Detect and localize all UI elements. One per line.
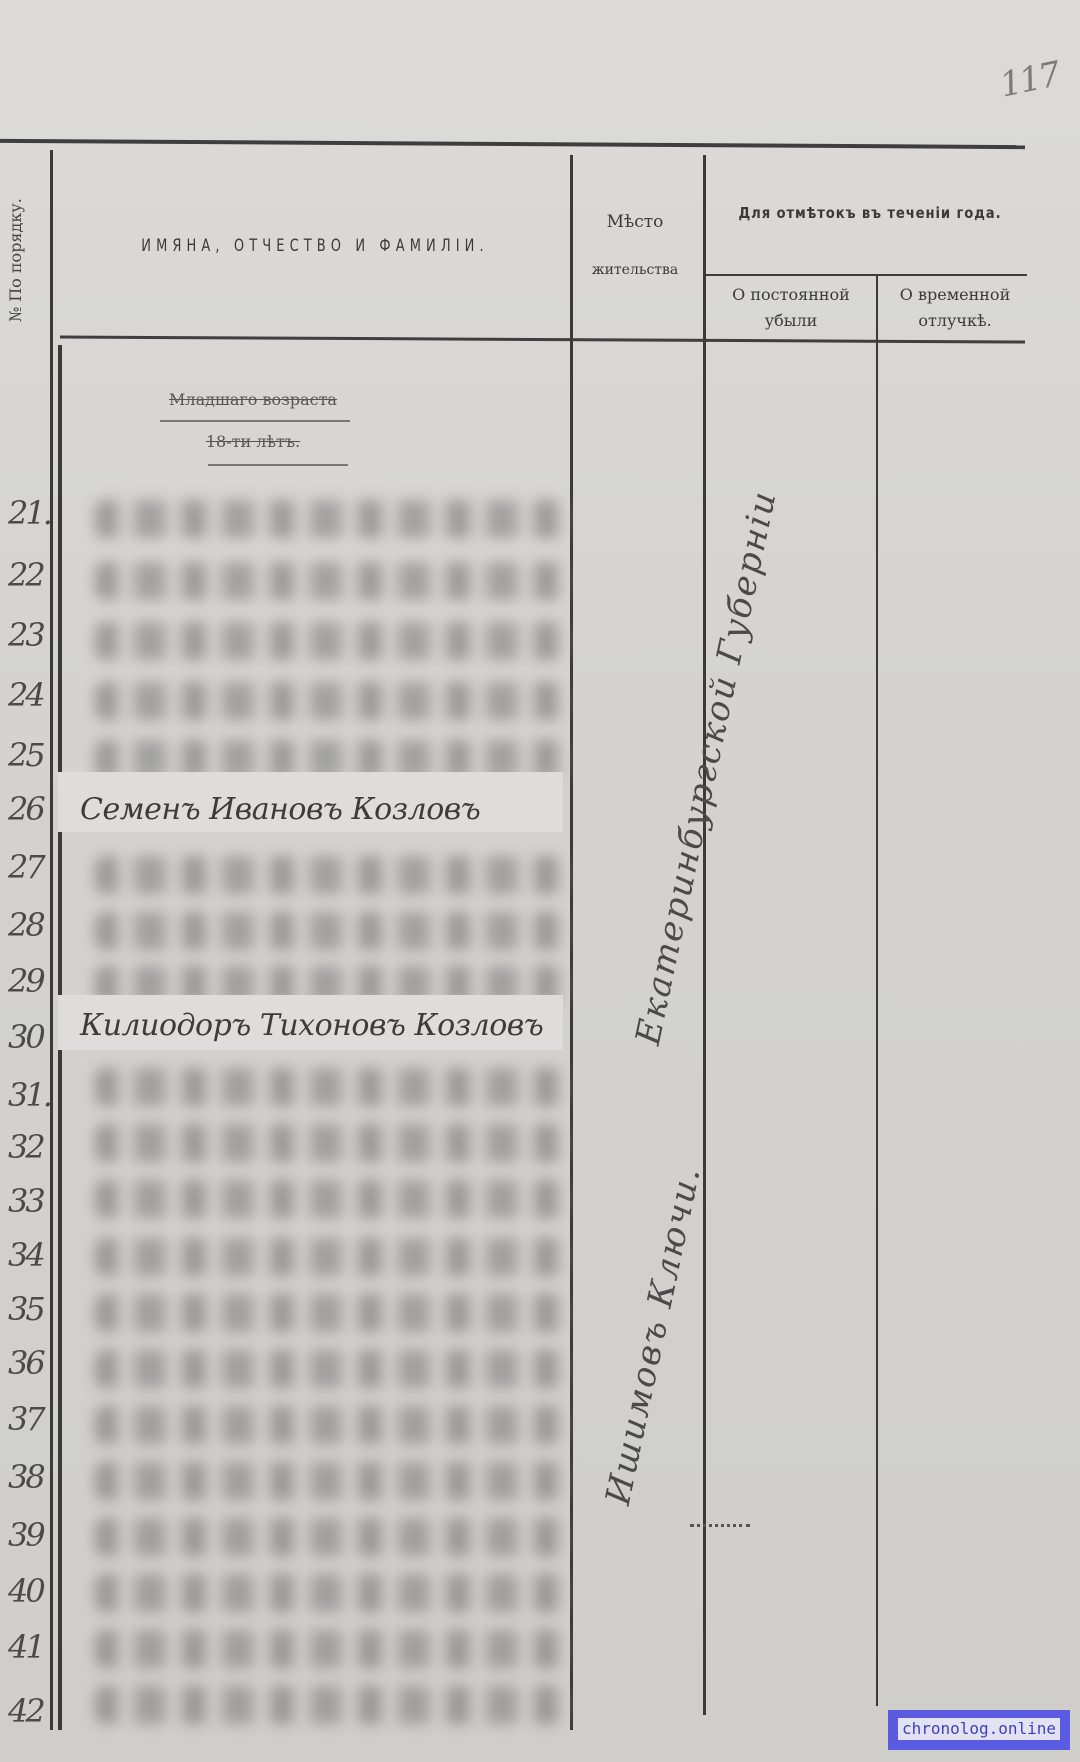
row-number: 35 — [8, 1290, 58, 1328]
name-redacted — [95, 856, 565, 894]
row-number: 40 — [8, 1572, 58, 1610]
header-row-number: № По порядку. — [6, 286, 25, 322]
name-redacted — [95, 1180, 565, 1218]
residence-entry-lower: Ишимовъ Ключи. — [598, 1040, 735, 1508]
name-redacted — [95, 1518, 565, 1556]
name-redacted — [95, 1068, 565, 1106]
watermark-text: chronolog.online — [898, 1718, 1060, 1740]
row-number: 36 — [8, 1344, 58, 1382]
row-number: 42 — [8, 1692, 58, 1730]
residence-entry-upper: Екатеринбургской Губерніи — [628, 297, 825, 1049]
name-redacted — [95, 1294, 565, 1332]
row-number: 30 — [8, 1018, 58, 1056]
header-temporary-line2: отлучкѣ. — [880, 308, 1030, 334]
subtitle-underline-2 — [208, 464, 348, 466]
row-number: 33 — [8, 1182, 58, 1220]
header-marks: Для отмѣтокъ въ теченіи года. — [729, 204, 1011, 222]
row-number: 34 — [8, 1236, 58, 1274]
subtitle-underline-1 — [160, 420, 350, 422]
name-redacted — [95, 1686, 565, 1724]
name-redacted — [95, 1238, 565, 1276]
residence-end-dash — [690, 1524, 750, 1527]
page-number: 117 — [996, 54, 1062, 105]
residence-column-divider — [703, 155, 706, 1715]
permanent-temporary-divider — [876, 276, 878, 1706]
name-redacted — [95, 1406, 565, 1444]
section-subtitle-years: 18-ти лѣтъ. — [128, 432, 378, 451]
row-number: 26 — [8, 790, 58, 828]
row-number: 22 — [8, 556, 58, 594]
name-redacted — [95, 1462, 565, 1500]
row-number: 24 — [8, 676, 58, 714]
name-redacted — [95, 500, 565, 538]
row-number: 29 — [8, 962, 58, 1000]
header-temporary-line1: О временной — [880, 282, 1030, 308]
row-number: 32 — [8, 1128, 58, 1166]
name-redacted — [95, 1350, 565, 1388]
row-number: 31. — [8, 1076, 58, 1114]
name-redacted — [95, 1630, 565, 1668]
row-number: 38 — [8, 1458, 58, 1496]
name-redacted — [95, 622, 565, 660]
header-names: ИМЯНА, ОТЧЕСТВО И ФАМИЛІИ. — [98, 236, 532, 256]
header-residence: Мѣсто жительства — [575, 198, 695, 294]
header-temporary-absence: О временной отлучкѣ. — [880, 282, 1030, 334]
row-number: 27 — [8, 848, 58, 886]
name-redacted — [95, 562, 565, 600]
watermark-badge: chronolog.online — [888, 1710, 1070, 1750]
document-page: 117 № По порядку. ИМЯНА, ОТЧЕСТВО И ФАМИ… — [0, 0, 1080, 1762]
header-residence-line2: жительства — [575, 246, 695, 294]
name-redacted — [95, 912, 565, 950]
name-entry-26: Семенъ Ивановъ Козловъ — [80, 792, 560, 827]
name-redacted — [95, 682, 565, 720]
row-number: 21. — [8, 494, 58, 532]
row-number: 23 — [8, 616, 58, 654]
header-top-border — [0, 139, 1025, 149]
row-number: 41 — [8, 1628, 58, 1666]
row-number: 39 — [8, 1516, 58, 1554]
row-number: 28 — [8, 906, 58, 944]
name-entry-30: Килиодоръ Тихоновъ Козловъ — [80, 1008, 560, 1043]
row-number: 37 — [8, 1400, 58, 1438]
marks-subheader-border — [705, 274, 1027, 276]
section-subtitle-age: Младшаго возраста — [128, 390, 378, 409]
names-column-divider — [570, 155, 573, 1730]
name-redacted — [95, 1124, 565, 1162]
name-redacted — [95, 1574, 565, 1612]
row-number: 25 — [8, 736, 58, 774]
header-bottom-border — [60, 335, 1025, 343]
header-residence-line1: Мѣсто — [575, 198, 695, 246]
